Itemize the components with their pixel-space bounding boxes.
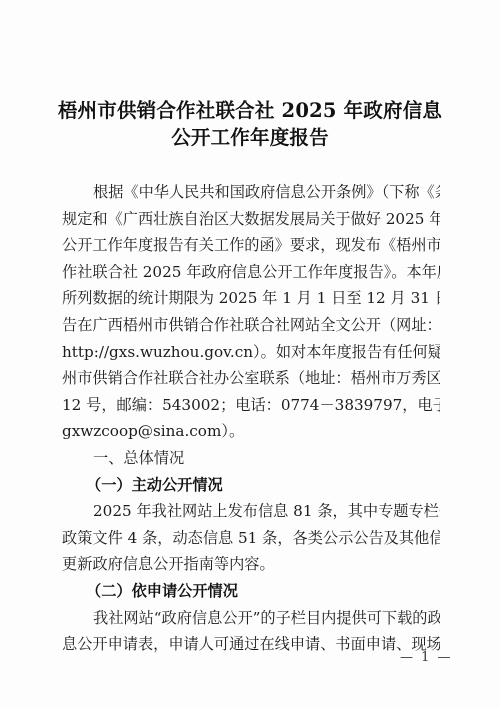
intro-line-10: gxwzcoop@sina.com）。	[62, 418, 440, 445]
intro-line-8: 州市供销合作社联合社办公室联系（地址：梧州市万秀区文澜路	[62, 365, 440, 392]
intro-line-2: 规定和《广西壮族自治区大数据发展局关于做好 2025 年政府信息	[62, 206, 440, 233]
intro-line-9: 12 号，邮编：543002；电话：0774－3839797，电子邮箱：	[62, 392, 440, 419]
document-title-line-2: 公开工作年度报告	[40, 124, 460, 151]
intro-line-7: http://gxs.wuzhou.gov.cn）。如对本年度报告有任何疑问，请…	[62, 339, 440, 366]
proactive-line-1: 2025 年我社网站上发布信息 81 条，其中专题专栏信息 1 条，	[93, 498, 440, 525]
intro-line-4: 作社联合社 2025 年政府信息公开工作年度报告》。本年度报告中	[62, 259, 440, 286]
section-heading-overview: 一、总体情况	[93, 445, 184, 472]
intro-line-6: 告在广西梧州市供销合作社联合社网站全文公开（网址：	[62, 312, 440, 339]
proactive-line-3: 更新政府信息公开指南等内容。	[62, 551, 440, 578]
document-title-line-1: 梧州市供销合作社联合社 2025 年政府信息	[40, 97, 460, 124]
intro-line-1: 根据《中华人民共和国政府信息公开条例》（下称《条例》）	[93, 179, 440, 206]
page-number: — 1 —	[400, 650, 453, 665]
subsection-heading-request-disclosure: （二）依申请公开情况	[86, 578, 238, 605]
request-line-2: 息公开申请表，申请人可通过在线申请、书面申请、现场申请三	[62, 631, 440, 658]
subsection-heading-proactive-disclosure: （一）主动公开情况	[86, 472, 223, 499]
proactive-line-2: 政策文件 4 条，动态信息 51 条，各类公示公告及其他信息 26 条，	[62, 525, 440, 552]
intro-line-3: 公开工作年度报告有关工作的函》要求，现发布《梧州市供销合	[62, 232, 440, 259]
request-line-1: 我社网站“政府信息公开”的子栏目内提供可下载的政府信	[93, 605, 440, 632]
document-page: 梧州市供销合作社联合社 2025 年政府信息 公开工作年度报告 根据《中华人民共…	[0, 0, 500, 708]
intro-line-5: 所列数据的统计期限为 2025 年 1 月 1 日至 12 月 31 日。本年度…	[62, 285, 440, 312]
